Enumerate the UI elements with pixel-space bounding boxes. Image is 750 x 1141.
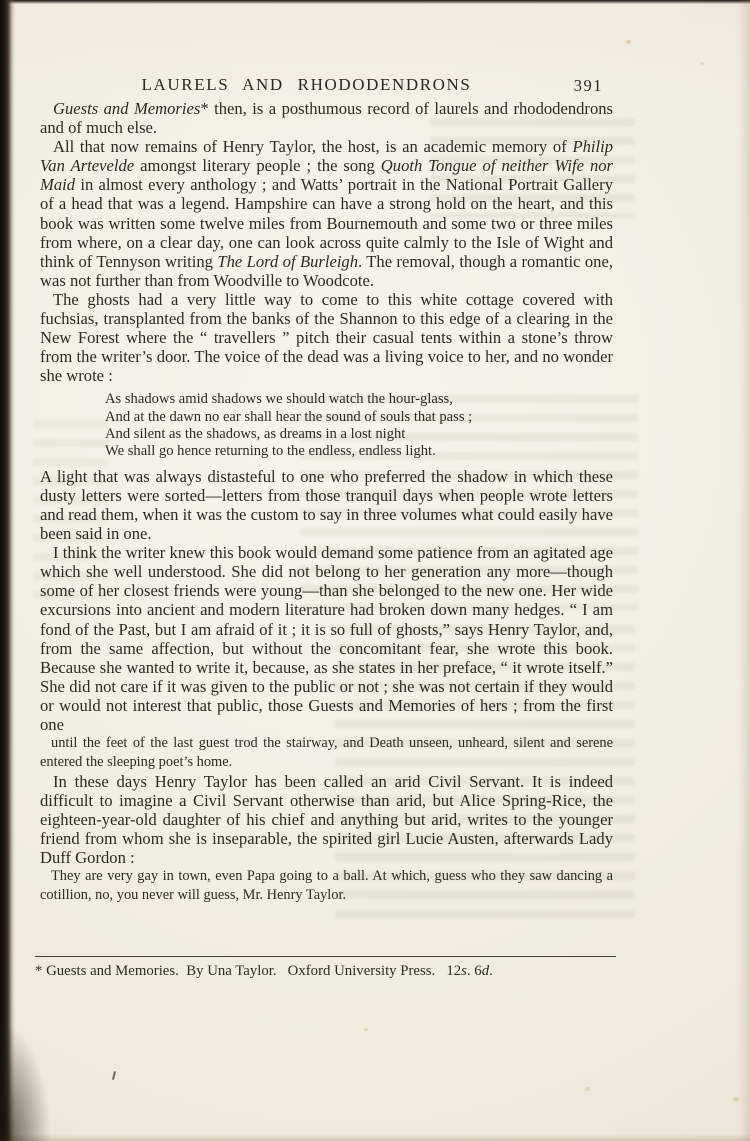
- page-corner-shadow: [0, 1021, 52, 1141]
- page-top-edge: [0, 0, 750, 4]
- verse-line: And at the dawn no ear shall hear the so…: [105, 409, 613, 426]
- paper-mark: [112, 1071, 116, 1080]
- paper-stain: [700, 62, 704, 65]
- text-run: A light that was always distasteful to o…: [40, 467, 613, 543]
- verse-line: And silent as the shadows, as dreams in …: [105, 426, 613, 443]
- text-run: .: [489, 963, 493, 979]
- italic-text-run: d: [482, 963, 489, 979]
- page-number: 391: [574, 76, 603, 96]
- paragraph: I think the writer knew this book would …: [40, 543, 613, 734]
- paragraph: In these days Henry Taylor has been call…: [40, 772, 613, 867]
- page-bottom-edge: [0, 1134, 750, 1141]
- text-run: In these days Henry Taylor has been call…: [40, 772, 613, 867]
- italic-text-run: The Lord of Burleigh: [217, 252, 358, 271]
- italic-text-run: Guests and Memories: [53, 99, 200, 118]
- paper-stain: [364, 1028, 368, 1031]
- text-run: They are very gay in town, even Papa goi…: [40, 868, 613, 903]
- text-run: . 6: [467, 963, 482, 979]
- text-run: amongst literary people ; the song: [134, 156, 381, 175]
- verse-quote: As shadows amid shadows we should watch …: [105, 391, 613, 459]
- footnote-rule: [35, 956, 616, 957]
- paragraph: A light that was always distasteful to o…: [40, 467, 613, 543]
- paragraph: All that now remains of Henry Taylor, th…: [40, 137, 613, 290]
- text-run: All that now remains of Henry Taylor, th…: [53, 137, 572, 156]
- text-column: Guests and Memories* then, is a posthumo…: [40, 99, 613, 905]
- prose-extract: They are very gay in town, even Papa goi…: [40, 867, 613, 905]
- paper-stain: [585, 1087, 590, 1091]
- page-spine-edge: [0, 0, 15, 1141]
- text-run: I think the writer knew this book would …: [40, 543, 613, 734]
- verse-line: We shall go hence returning to the endle…: [105, 443, 613, 460]
- footnote: * Guests and Memories. By Una Taylor. Ox…: [35, 956, 616, 980]
- page-header: LAURELS AND RHODODENDRONS 391: [40, 75, 613, 95]
- text-run: * Guests and Memories. By Una Taylor. Ox…: [35, 963, 461, 979]
- verse-line: As shadows amid shadows we should watch …: [105, 391, 613, 408]
- page-right-edge: [738, 0, 750, 1141]
- book-page: LAURELS AND RHODODENDRONS 391 Guests and…: [0, 0, 750, 1141]
- text-run: The ghosts had a very little way to come…: [40, 290, 613, 385]
- paragraph: Guests and Memories* then, is a posthumo…: [40, 99, 613, 137]
- paper-stain: [626, 40, 631, 44]
- text-run: until the feet of the last guest trod th…: [40, 735, 613, 770]
- running-title: LAURELS AND RHODODENDRONS: [20, 75, 593, 95]
- paragraph: The ghosts had a very little way to come…: [40, 290, 613, 385]
- footnote-text: * Guests and Memories. By Una Taylor. Ox…: [35, 963, 616, 980]
- prose-extract: until the feet of the last guest trod th…: [40, 734, 613, 772]
